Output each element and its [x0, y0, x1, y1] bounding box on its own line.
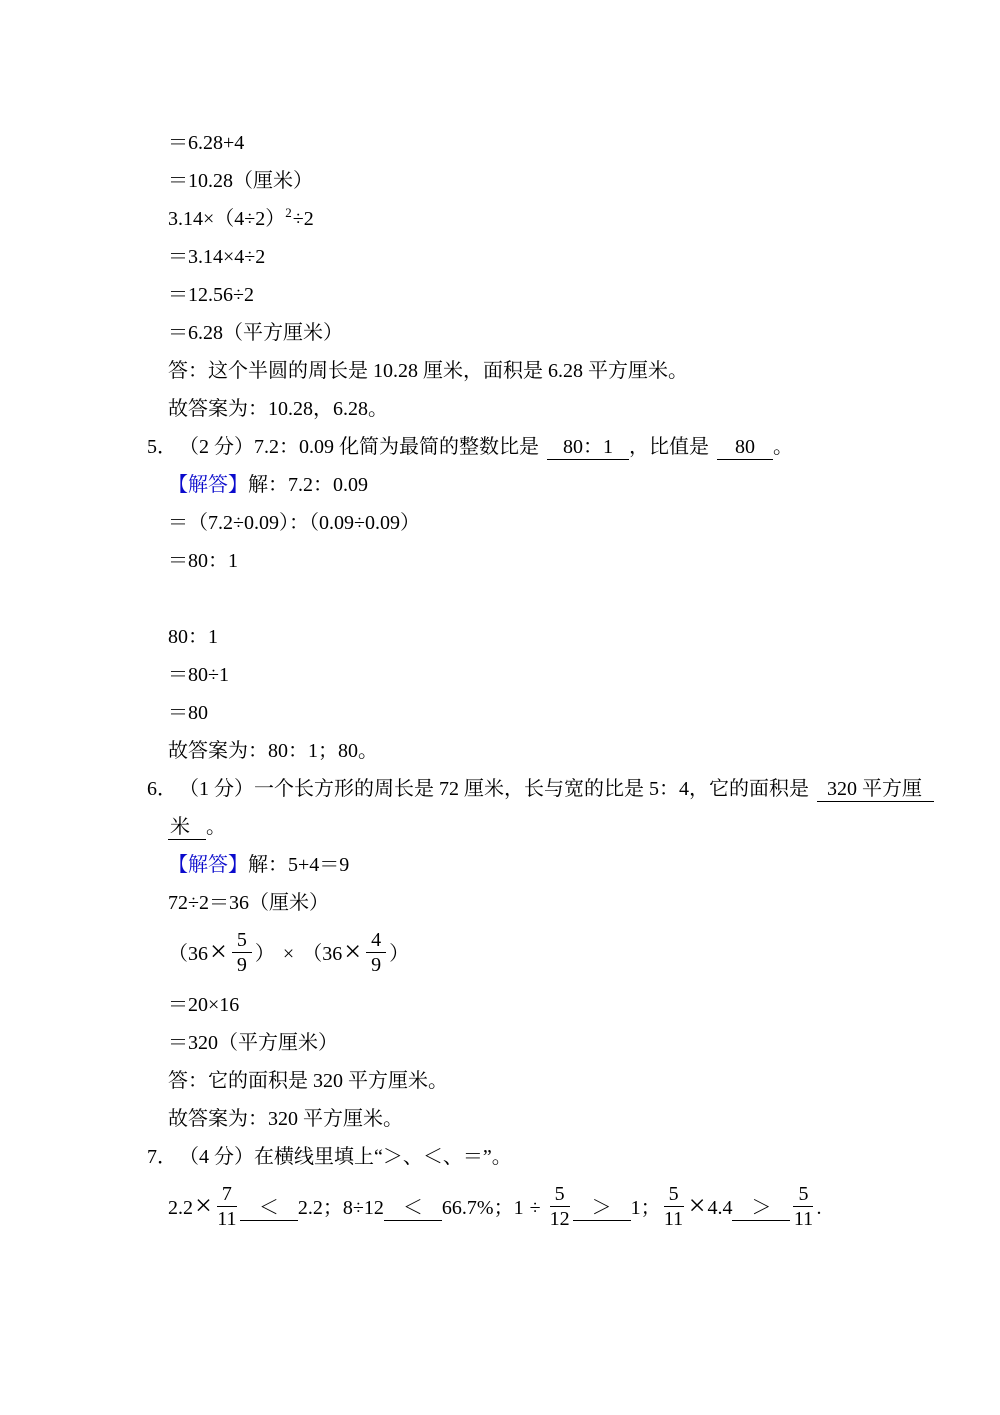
answer-text: 答：这个半圆的周长是 10.28 厘米，面积是 6.28 平方厘米。: [168, 360, 688, 382]
fraction: 711: [217, 1183, 237, 1231]
fraction-denominator: 11: [793, 1207, 813, 1230]
calc-text: ＝20×16: [168, 994, 239, 1016]
problem-5-stem: 5．（2 分）7.2：0.09 化简为最简的整数比是80：1，比值是80。: [147, 428, 977, 466]
calc-text: ＝80：1: [168, 550, 238, 572]
multiply-sign: ×: [210, 937, 227, 967]
answer-text: 答：它的面积是 320 平方厘米。: [168, 1070, 448, 1092]
jieda-line: 【解答】解：5+4＝9: [147, 846, 977, 884]
problem-7-stem: 7．（4 分）在横线里填上“＞、＜、＝”。: [147, 1138, 977, 1176]
stem-text: 7.2：0.09 化简为最简的整数比是: [254, 436, 539, 458]
calc-text: ＝6.28（平方厘米）: [168, 322, 343, 344]
problem-6-stem-wrap: 米。: [147, 808, 977, 846]
fraction-numerator: 5: [232, 929, 252, 953]
calc-line: ＝80: [147, 694, 977, 732]
expr-text: （36: [302, 943, 342, 965]
jieda-label: 【解答】: [168, 854, 248, 876]
problem-number: 5．: [147, 436, 177, 458]
comparison-blank-answer: ＜: [240, 1196, 298, 1221]
problem-score: （4 分）: [189, 1146, 254, 1168]
multiply-sign: ×: [195, 1191, 212, 1221]
calc-line: ＝6.28（平方厘米）: [147, 314, 977, 352]
calc-line: ＝12.56÷2: [147, 276, 977, 314]
final-answer-line: 故答案为：80：1；80。: [147, 732, 977, 770]
calc-line: 72÷2＝36（厘米）: [147, 884, 977, 922]
worksheet-page: ＝6.28+4 ＝10.28（厘米） 3.14×（4÷2）2÷2 ＝3.14×4…: [0, 0, 1000, 1415]
calc-text: ＝10.28（厘米）: [168, 170, 313, 192]
calc-line: ＝3.14×4÷2: [147, 238, 977, 276]
expr-text: ）: [255, 943, 275, 965]
expr-text: .: [816, 1197, 821, 1219]
fill-blank-answer: 80: [717, 435, 773, 460]
fraction-denominator: 9: [366, 953, 386, 976]
multiply-sign: ×: [283, 943, 294, 965]
final-answer-text: 故答案为：10.28，6.28。: [168, 398, 388, 420]
calc-line: ＝6.28+4: [147, 124, 977, 162]
final-answer-text: 故答案为：80：1；80。: [168, 740, 378, 762]
fraction-expression-line: （36×59）×（36×49）: [147, 922, 977, 986]
worksheet-content: ＝6.28+4 ＝10.28（厘米） 3.14×（4÷2）2÷2 ＝3.14×4…: [147, 124, 977, 1240]
fraction: 511: [664, 1183, 684, 1231]
expr-text: 2.2；8÷12: [298, 1197, 384, 1219]
problem-number: 7．: [147, 1146, 177, 1168]
stem-text: 。: [206, 816, 226, 838]
expr-text: 4.4: [707, 1197, 732, 1219]
fraction-numerator: 5: [550, 1183, 570, 1207]
stem-text: 一个长方形的周长是 72 厘米，长与宽的比是 5：4，它的面积是: [254, 778, 809, 800]
final-answer-line: 故答案为：10.28，6.28。: [147, 390, 977, 428]
multiply-sign: ×: [689, 1191, 706, 1221]
fraction: 49: [366, 929, 386, 977]
calc-text: ＝320（平方厘米）: [168, 1032, 338, 1054]
expr-text: ）: [389, 943, 409, 965]
fraction-numerator: 7: [217, 1183, 237, 1207]
fraction: 59: [232, 929, 252, 977]
stem-text: 在横线里填上“＞、＜、＝”。: [254, 1146, 512, 1168]
solution-text: 解：7.2：0.09: [248, 474, 368, 496]
final-answer-text: 故答案为：320 平方厘米。: [168, 1108, 403, 1130]
calc-line: ＝（7.2÷0.09）：（0.09÷0.09）: [147, 504, 977, 542]
calc-text: ＝3.14×4÷2: [168, 246, 265, 268]
fraction: 512: [550, 1183, 570, 1231]
calc-text: ＝80÷1: [168, 664, 229, 686]
calc-text: ＝80: [168, 702, 208, 724]
fraction-denominator: 9: [232, 953, 252, 976]
calc-text: 3.14×（4÷2）: [168, 208, 285, 230]
final-answer-line: 故答案为：320 平方厘米。: [147, 1100, 977, 1138]
answer-sentence: 答：它的面积是 320 平方厘米。: [147, 1062, 977, 1100]
comparison-blank-answer: ＞: [732, 1196, 790, 1221]
fill-blank-answer: 米: [168, 815, 206, 840]
problem-number: 6．: [147, 778, 177, 800]
fill-blank-answer: 320 平方厘: [817, 777, 934, 802]
fraction-numerator: 5: [664, 1183, 684, 1207]
calc-line: ＝20×16: [147, 986, 977, 1024]
calc-text: 80：1: [168, 626, 218, 648]
problem-score: （2 分）: [189, 436, 254, 458]
stem-text: 。: [773, 436, 793, 458]
calc-text: ÷2: [293, 208, 314, 230]
calc-line: 80：1: [147, 618, 977, 656]
calc-line: ＝10.28（厘米）: [147, 162, 977, 200]
comparison-blank-answer: ＞: [573, 1196, 631, 1221]
answer-sentence: 答：这个半圆的周长是 10.28 厘米，面积是 6.28 平方厘米。: [147, 352, 977, 390]
calc-text: ＝（7.2÷0.09）：（0.09÷0.09）: [168, 512, 420, 534]
fill-blank-answer: 80：1: [547, 435, 629, 460]
comparison-expression-line: 2.2×711＜2.2；8÷12＜66.7%；1÷512＞1；511×4.4＞5…: [147, 1176, 977, 1240]
expr-text: 66.7%；1: [442, 1197, 524, 1219]
calc-line: ＝80：1: [147, 542, 977, 580]
calc-text: ＝6.28+4: [168, 132, 244, 154]
calc-text: 72÷2＝36（厘米）: [168, 892, 329, 914]
calc-line: ＝320（平方厘米）: [147, 1024, 977, 1062]
comparison-blank-answer: ＜: [384, 1196, 442, 1221]
fraction: 511: [793, 1183, 813, 1231]
stem-text: ，比值是: [629, 436, 709, 458]
calc-text: ＝12.56÷2: [168, 284, 254, 306]
divide-sign: ÷: [530, 1197, 541, 1219]
calc-line: ＝80÷1: [147, 656, 977, 694]
problem-6-stem: 6．（1 分）一个长方形的周长是 72 厘米，长与宽的比是 5：4，它的面积是3…: [147, 770, 977, 808]
exponent: 2: [285, 205, 292, 220]
fraction-numerator: 5: [793, 1183, 813, 1207]
calc-line-exponent: 3.14×（4÷2）2÷2: [147, 200, 977, 238]
expr-text: 2.2: [168, 1197, 193, 1219]
multiply-sign: ×: [344, 937, 361, 967]
expr-text: （36: [168, 943, 208, 965]
solution-text: 解：5+4＝9: [248, 854, 349, 876]
fraction-denominator: 12: [550, 1207, 570, 1230]
fraction-denominator: 11: [217, 1207, 237, 1230]
problem-score: （1 分）: [189, 778, 254, 800]
jieda-label: 【解答】: [168, 474, 248, 496]
fraction-denominator: 11: [664, 1207, 684, 1230]
blank-row: [147, 580, 977, 618]
expr-text: 1；: [631, 1197, 661, 1219]
fraction-numerator: 4: [366, 929, 386, 953]
jieda-line: 【解答】解：7.2：0.09: [147, 466, 977, 504]
